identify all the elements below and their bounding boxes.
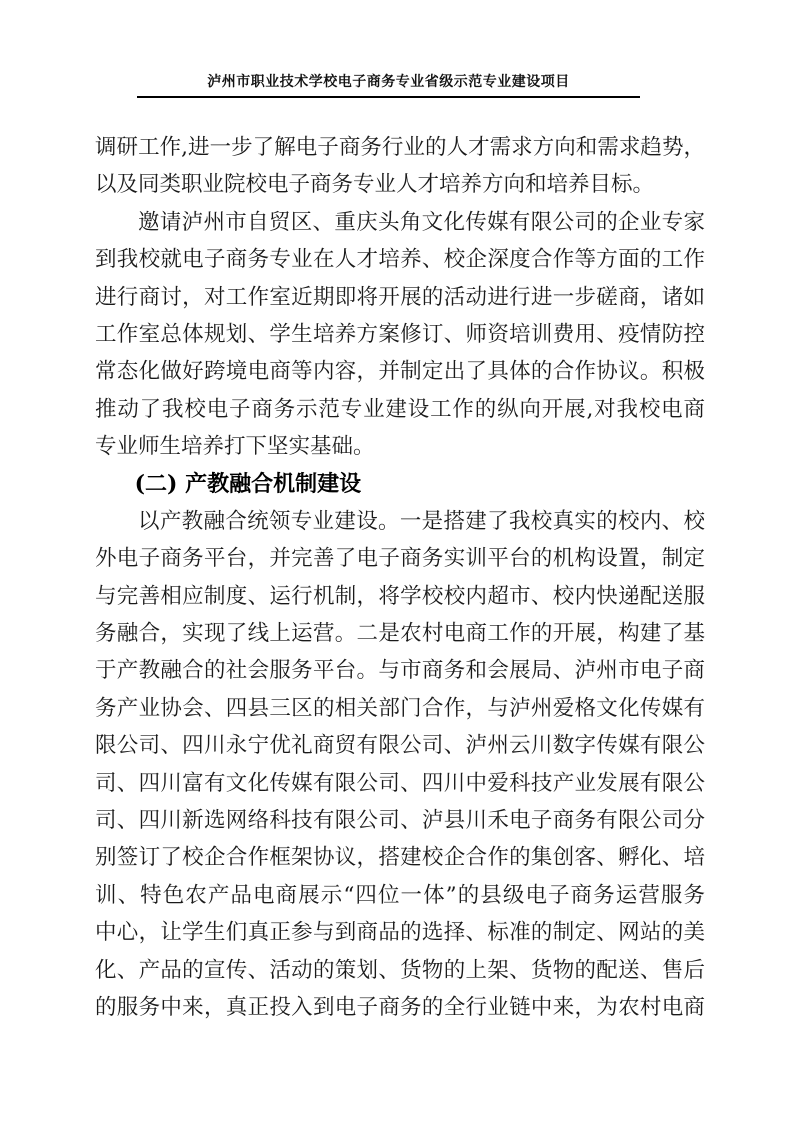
- text-line: 推动了我校电子商务示范专业建设工作的纵向开展,对我校电商: [95, 391, 705, 428]
- text-line: 限公司、四川永宁优礼商贸有限公司、泸州云川数字传媒有限公: [95, 727, 705, 764]
- text-line: 务融合，实现了线上运营。二是农村电商工作的开展，构建了基: [95, 615, 705, 652]
- document-body: 调研工作,进一步了解电子商务行业的人才需求方向和需求趋势，以及同类职业院校电子商…: [95, 129, 705, 1026]
- text-line: 邀请泸州市自贸区、重庆头角文化传媒有限公司的企业专家: [95, 204, 705, 241]
- text-line: 以产教融合统领专业建设。一是搭建了我校真实的校内、校: [95, 503, 705, 540]
- header-rule: [137, 96, 640, 98]
- text-line: 与完善相应制度、运行机制，将学校校内超市、校内快递配送服: [95, 578, 705, 615]
- text-line: 进行商讨，对工作室近期即将开展的活动进行进一步磋商，诸如: [95, 279, 705, 316]
- paragraph-enterprise-experts: 邀请泸州市自贸区、重庆头角文化传媒有限公司的企业专家到我校就电子商务专业在人才培…: [95, 204, 705, 466]
- text-line: 中心，让学生们真正参与到商品的选择、标准的制定、网站的美: [95, 914, 705, 951]
- document-page: 泸州市职业技术学校电子商务专业省级示范专业建设项目 调研工作,进一步了解电子商务…: [0, 0, 793, 1122]
- paragraph-industry-education-integration: 以产教融合统领专业建设。一是搭建了我校真实的校内、校外电子商务平台，并完善了电子…: [95, 503, 705, 1026]
- page-header-title: 泸州市职业技术学校电子商务专业省级示范专业建设项目: [137, 71, 640, 91]
- text-line: 外电子商务平台，并完善了电子商务实训平台的机构设置，制定: [95, 540, 705, 577]
- text-line: 到我校就电子商务专业在人才培养、校企深度合作等方面的工作: [95, 241, 705, 278]
- text-line: 工作室总体规划、学生培养方案修订、师资培训费用、疫情防控: [95, 316, 705, 353]
- text-line: 司、四川富有文化传媒有限公司、四川中爱科技产业发展有限公: [95, 765, 705, 802]
- text-line: 务产业协会、四县三区的相关部门合作，与泸州爱格文化传媒有: [95, 690, 705, 727]
- text-line: (二) 产教融合机制建设: [95, 466, 705, 503]
- paragraph-continuation: 调研工作,进一步了解电子商务行业的人才需求方向和需求趋势，以及同类职业院校电子商…: [95, 129, 705, 204]
- text-line: 常态化做好跨境电商等内容，并制定出了具体的合作协议。积极: [95, 353, 705, 390]
- text-line: 训、特色农产品电商展示“四位一体”的县级电子商务运营服务: [95, 877, 705, 914]
- text-line: 的服务中来，真正投入到电子商务的全行业链中来，为农村电商: [95, 989, 705, 1026]
- text-line: 化、产品的宣传、活动的策划、货物的上架、货物的配送、售后: [95, 952, 705, 989]
- text-line: 别签订了校企合作框架协议，搭建校企合作的集创客、孵化、培: [95, 839, 705, 876]
- section-heading-2: (二) 产教融合机制建设: [95, 466, 705, 503]
- text-line: 专业师生培养打下坚实基础。: [95, 428, 705, 465]
- text-line: 以及同类职业院校电子商务专业人才培养方向和培养目标。: [95, 166, 705, 203]
- text-line: 调研工作,进一步了解电子商务行业的人才需求方向和需求趋势，: [95, 129, 705, 166]
- text-line: 司、四川新选网络科技有限公司、泸县川禾电子商务有限公司分: [95, 802, 705, 839]
- text-line: 于产教融合的社会服务平台。与市商务和会展局、泸州市电子商: [95, 652, 705, 689]
